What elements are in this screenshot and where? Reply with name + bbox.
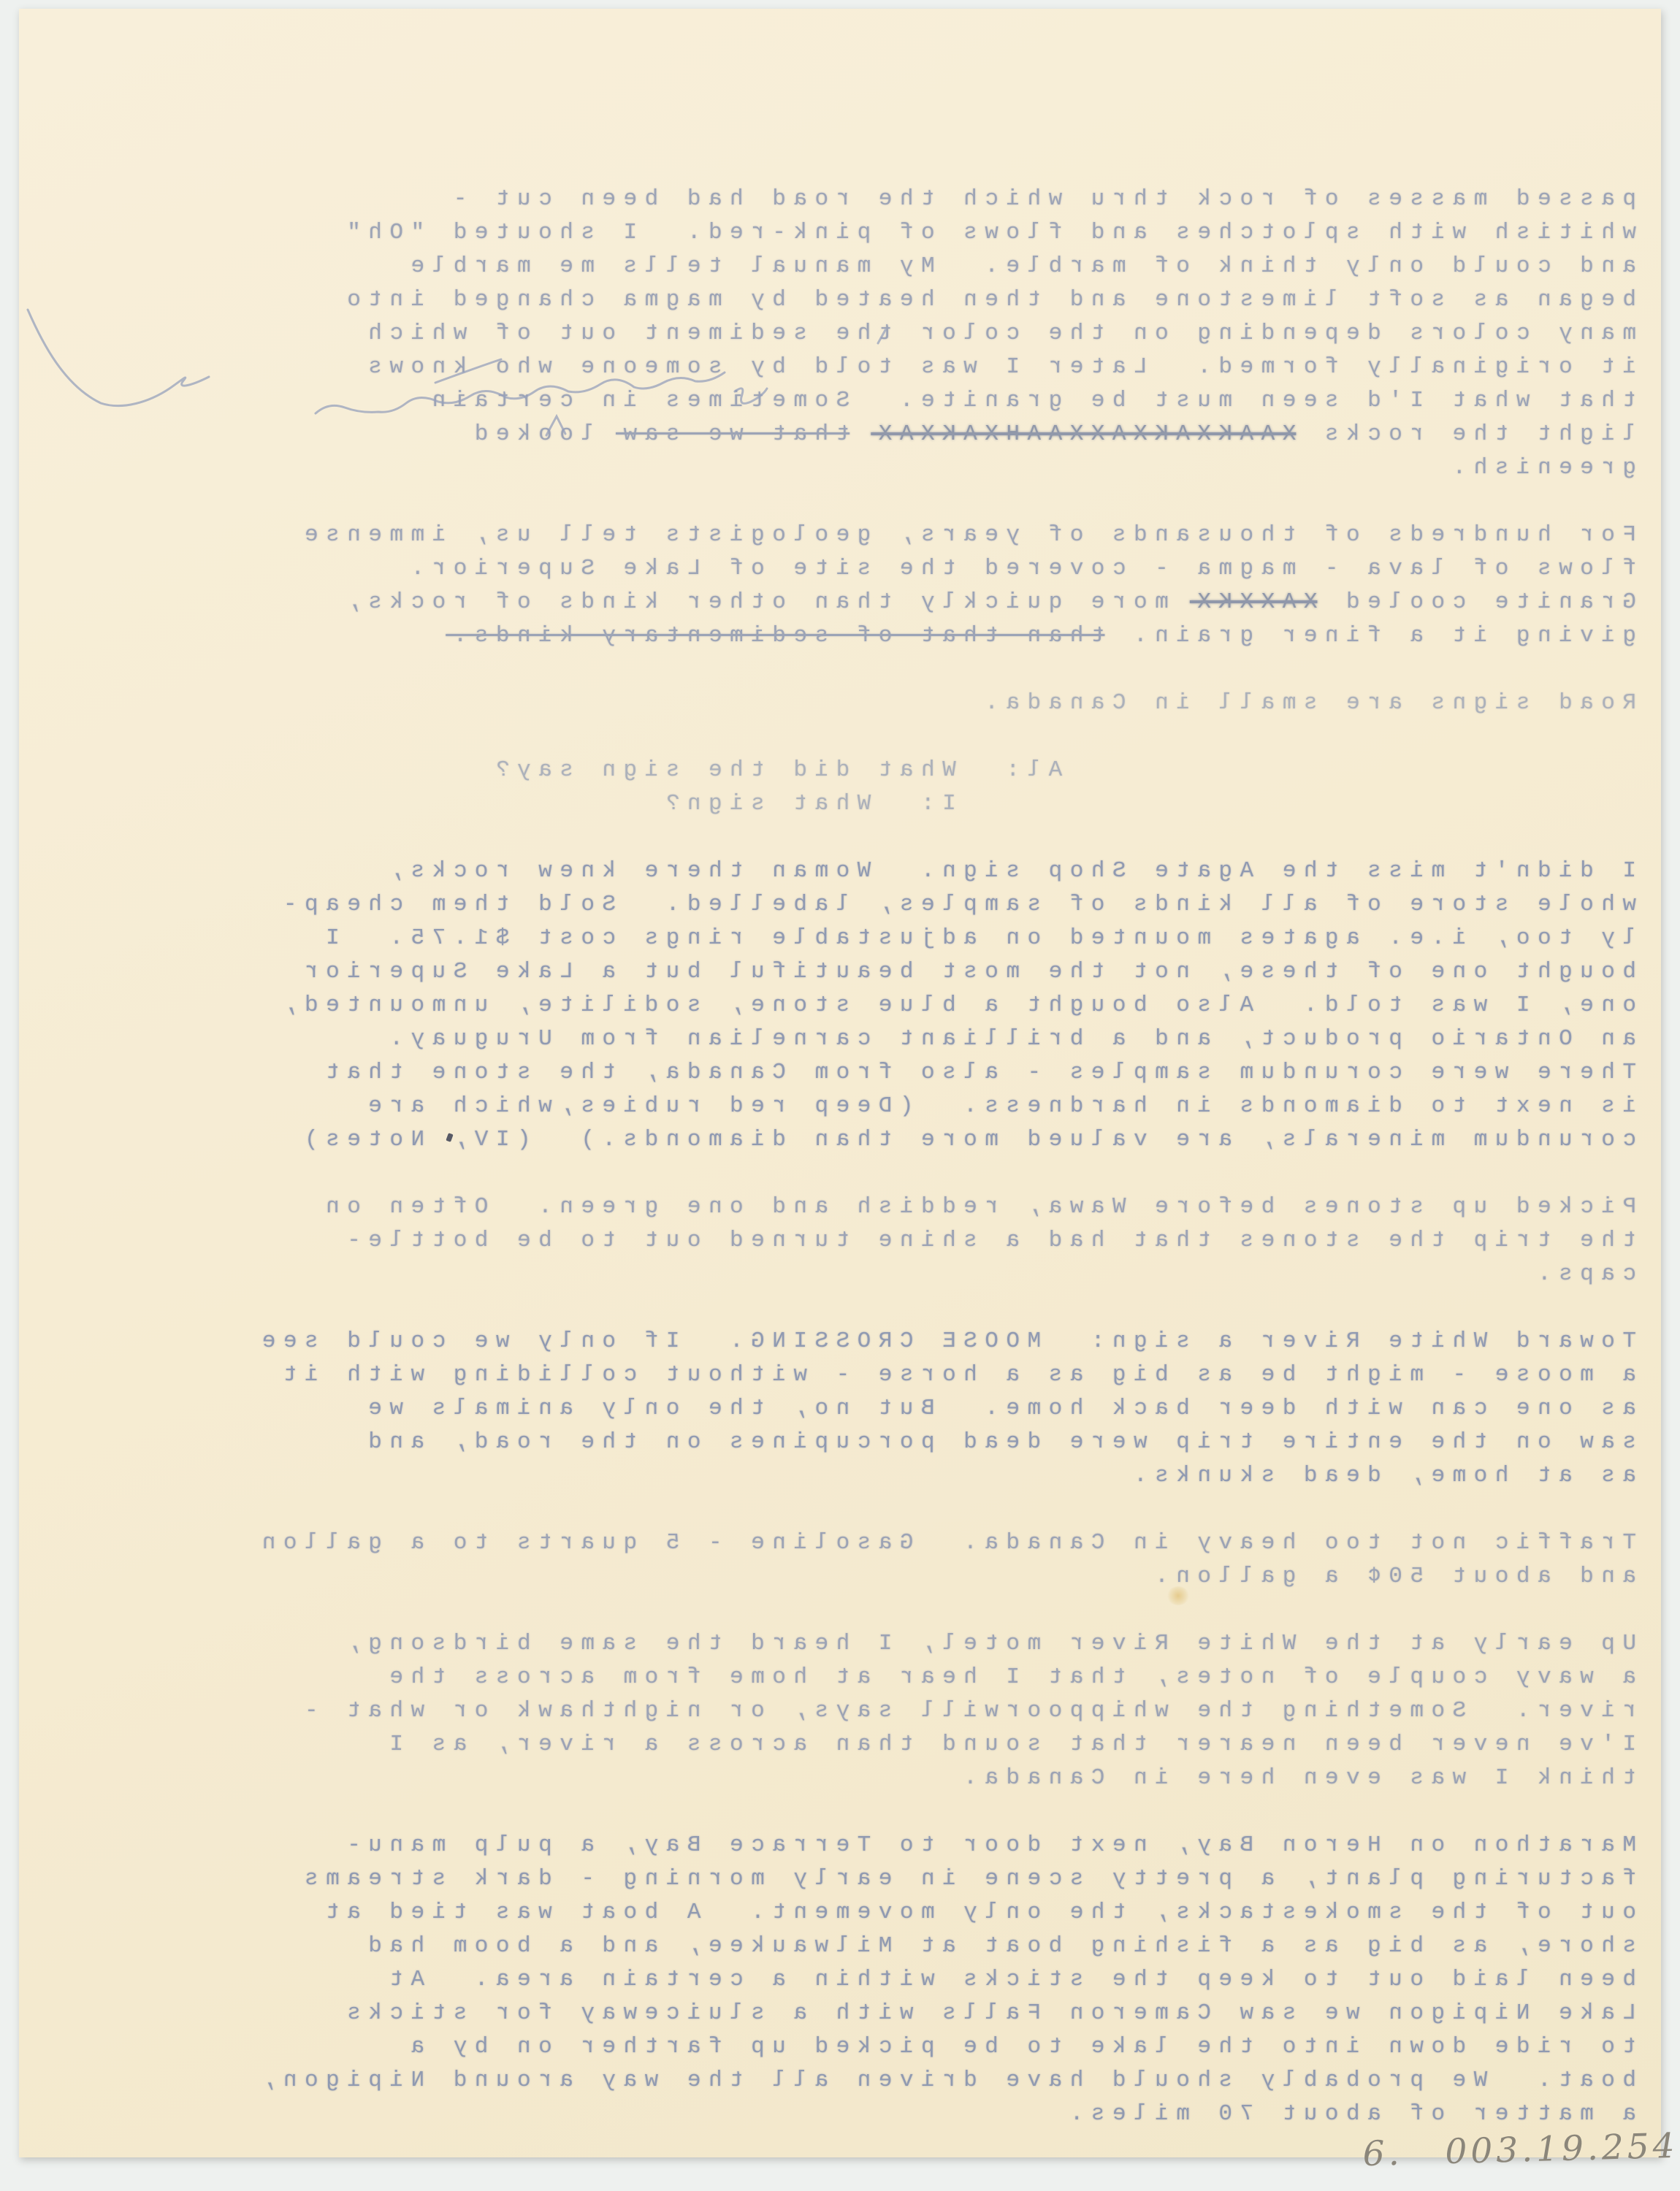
typed-line: a moose - might be as big as a horse - w… — [0, 1358, 1636, 1392]
typed-text: been laid out to keep the sticks within … — [382, 1967, 1636, 1992]
typed-text: Road signs are small in Canada. — [977, 690, 1636, 716]
typed-line: it originally formed. Later I was told b… — [0, 351, 1636, 384]
typed-line: shore, as big as a fishing boat at Milwa… — [0, 1930, 1636, 1963]
typed-line: caps. — [0, 1258, 1636, 1291]
typed-text: river. Something the whippoorwill says, … — [297, 1698, 1637, 1724]
typed-line: is next to diamonds in hardness. (Deep r… — [0, 1090, 1636, 1123]
typed-text — [849, 421, 871, 447]
typed-text: flows of lava - magma - covered the site… — [403, 556, 1636, 581]
paragraph: I didn't miss the Agate Shop sign. Woman… — [0, 854, 1636, 1157]
paragraph: Picked up stones before Wawa, reddish an… — [0, 1190, 1636, 1291]
typed-line: whitish with splotches and flows of pink… — [0, 216, 1636, 250]
typed-text: Picked up stones before Wawa, reddish an… — [318, 1194, 1636, 1220]
typed-line: the trip the stones that had a shine tur… — [0, 1224, 1636, 1258]
typed-line: that what I'd seen must be granite. Some… — [0, 384, 1636, 418]
typed-text-mirrored: passed masses of rock thru which the roa… — [0, 183, 1680, 2131]
typed-text: Up early at the White River motel, I hea… — [340, 1631, 1636, 1656]
typed-text: whole store of all kinds of samples, lab… — [275, 892, 1636, 917]
paragraph: Al: What did the sign say? I: What sign? — [0, 754, 1636, 821]
typed-line: to ride down into the lake to be picked … — [0, 2030, 1636, 2064]
typed-text: giving it a finer grain. — [1104, 623, 1636, 649]
typed-text: bought one of these, not the most beauti… — [297, 959, 1637, 984]
typed-line: a wavy couple of notes, that I hear at h… — [0, 1661, 1636, 1694]
accession-number-pencil: 003.19.254 — [1445, 2126, 1679, 2172]
typed-line: began as soft limestone and then heated … — [0, 283, 1636, 317]
typed-line: and could only think of marble. My manua… — [0, 250, 1636, 283]
paragraph: For hundreds of thousands of years, geol… — [0, 519, 1636, 653]
typed-text: ly too, i.e. agates mounted on adjustabl… — [318, 925, 1636, 951]
typed-text: Marathon on Heron Bay, next door to Terr… — [340, 1832, 1636, 1858]
typed-text: as one can with deer back home. But no, … — [361, 1396, 1636, 1421]
typed-line: many colors depending on the color the s… — [0, 317, 1636, 351]
typed-line: Road signs are small in Canada. — [0, 687, 1636, 720]
typed-line: flows of lava - magma - covered the site… — [0, 552, 1636, 586]
typed-line: There were corundum samples - also from … — [0, 1056, 1636, 1090]
typed-line: Toward White River a sign: MOOSE CROSSIN… — [0, 1325, 1636, 1358]
page-number-pencil: 6. — [1362, 2133, 1403, 2174]
typed-line: light the rocks XAAKXAKXAXXAAHXAKXAX tha… — [0, 418, 1636, 451]
typed-text: is next to diamonds in hardness. (Deep r… — [361, 1093, 1636, 1119]
typed-text: light the rocks — [1296, 421, 1636, 447]
catalog-number-handwritten: 6.003.19.254 — [1332, 2086, 1679, 2175]
typed-line: Al: What did the sign say? — [0, 754, 1636, 787]
typed-text: and could only think of marble. My manua… — [403, 253, 1636, 279]
typed-line: bought one of these, not the most beauti… — [0, 955, 1636, 989]
typed-text: it originally formed. Later I was told b… — [361, 354, 1636, 380]
typed-line: facturing plant, a pretty scene in early… — [0, 1862, 1636, 1896]
typed-line: one, I was told. Also bought a blue ston… — [0, 989, 1636, 1022]
typed-text: I didn't miss the Agate Shop sign. Woman… — [382, 858, 1636, 884]
typed-text: that what I'd seen must be granite. Some… — [424, 388, 1636, 413]
typed-text: I: What sign? — [658, 791, 1636, 817]
typed-line: I: What sign? — [0, 787, 1636, 821]
typed-line: giving it a finer grain. than that of se… — [0, 619, 1636, 653]
typed-text: out of the smokestacks, the only movemen… — [318, 1900, 1636, 1925]
typed-text: a wavy couple of notes, that I hear at h… — [382, 1664, 1636, 1690]
typed-line: as at home, dead skunks. — [0, 1459, 1636, 1493]
typed-text: and about 50¢ a gallon. — [1148, 1564, 1636, 1589]
typed-text: shore, as big as a fishing boat at Milwa… — [361, 1933, 1636, 1959]
typed-line: and about 50¢ a gallon. — [0, 1560, 1636, 1594]
typed-line: ly too, i.e. agates mounted on adjustabl… — [0, 922, 1636, 955]
typed-text-column: passed masses of rock thru which the roa… — [0, 183, 1680, 2131]
typed-text: one, I was told. Also bought a blue ston… — [275, 993, 1636, 1018]
typed-text: as at home, dead skunks. — [1126, 1463, 1636, 1488]
typed-text: For hundreds of thousands of years, geol… — [297, 522, 1637, 548]
typed-line: Picked up stones before Wawa, reddish an… — [0, 1190, 1636, 1224]
typed-over-xxx: XAAKXAKXAXXAAHXAKXAX — [871, 421, 1296, 447]
typed-text: whitish with splotches and flows of pink… — [340, 220, 1636, 245]
typed-line: river. Something the whippoorwill says, … — [0, 1694, 1636, 1728]
typed-line: I've never been nearer that sound than a… — [0, 1728, 1636, 1762]
typed-line: saw on the entire trip were dead porcupi… — [0, 1426, 1636, 1459]
typed-text: to ride down into the lake to be picked … — [403, 2034, 1636, 2060]
typed-text: I've never been nearer that sound than a… — [382, 1732, 1636, 1757]
typed-line: greenish. — [0, 451, 1636, 485]
typed-text: greenish. — [1445, 455, 1636, 481]
typed-text: think I was even here in Canada. — [956, 1765, 1636, 1791]
typed-text: began as soft limestone and then heated … — [340, 287, 1636, 313]
typed-line: passed masses of rock thru which the roa… — [0, 183, 1636, 216]
typed-line: think I was even here in Canada. — [0, 1762, 1636, 1795]
typed-text: the trip the stones that had a shine tur… — [340, 1228, 1636, 1253]
typed-line: out of the smokestacks, the only movemen… — [0, 1896, 1636, 1930]
struck-text: that we saw — [616, 421, 849, 447]
typed-line: Lake Nipigon we saw Cameron Falls with a… — [0, 1997, 1636, 2030]
typed-line: been laid out to keep the sticks within … — [0, 1963, 1636, 1997]
typed-text: boat. We probably should have driven all… — [254, 2068, 1636, 2093]
typed-text: a moose - might be as big as a horse - w… — [275, 1362, 1636, 1388]
struck-text: than that of sedimentary kinds. — [446, 623, 1104, 649]
typed-text: passed masses of rock thru which the roa… — [446, 186, 1636, 212]
paragraph: passed masses of rock thru which the roa… — [0, 183, 1636, 485]
typed-line: whole store of all kinds of samples, lab… — [0, 888, 1636, 922]
typed-text: Lake Nipigon we saw Cameron Falls with a… — [340, 2000, 1636, 2026]
typed-text: Al: What did the sign say? — [488, 757, 1636, 783]
typed-line: as one can with deer back home. But no, … — [0, 1392, 1636, 1426]
typed-line: Granite cooled XAXXKX more quickly than … — [0, 586, 1636, 619]
typed-line: Traffic not too heavy in Canada. Gasolin… — [0, 1526, 1636, 1560]
typed-text: Toward White River a sign: MOOSE CROSSIN… — [254, 1328, 1636, 1354]
typed-text: corundum minerals, are valued more than … — [297, 1127, 1637, 1152]
typed-text: saw on the entire trip were dead porcupi… — [361, 1429, 1636, 1455]
paragraph: Toward White River a sign: MOOSE CROSSIN… — [0, 1325, 1636, 1493]
typed-line: an Ontario product, and a brilliant carn… — [0, 1022, 1636, 1056]
typed-line: I didn't miss the Agate Shop sign. Woman… — [0, 854, 1636, 888]
typed-text: facturing plant, a pretty scene in early… — [297, 1866, 1637, 1892]
typed-text: more quickly than other kinds of rocks, — [340, 589, 1190, 615]
typed-text: many colors depending on the color the s… — [361, 321, 1636, 346]
paragraph: Up early at the White River motel, I hea… — [0, 1627, 1636, 1795]
typed-line: For hundreds of thousands of years, geol… — [0, 519, 1636, 552]
typed-over-xxx: XAXXKX — [1190, 589, 1318, 615]
typed-text: Traffic not too heavy in Canada. Gasolin… — [254, 1530, 1636, 1556]
typed-text: There were corundum samples - also from … — [318, 1060, 1636, 1085]
typed-text: caps. — [1530, 1261, 1636, 1287]
typed-line: corundum minerals, are valued more than … — [0, 1123, 1636, 1157]
paragraph: Marathon on Heron Bay, next door to Terr… — [0, 1829, 1636, 2131]
paragraph: Road signs are small in Canada. — [0, 687, 1636, 720]
typed-line: Marathon on Heron Bay, next door to Terr… — [0, 1829, 1636, 1862]
typed-text: an Ontario product, and a brilliant carn… — [382, 1026, 1636, 1052]
typed-text: Granite cooled — [1317, 589, 1636, 615]
paragraph: Traffic not too heavy in Canada. Gasolin… — [0, 1526, 1636, 1594]
typed-text: looked — [467, 421, 616, 447]
typed-line: Up early at the White River motel, I hea… — [0, 1627, 1636, 1661]
